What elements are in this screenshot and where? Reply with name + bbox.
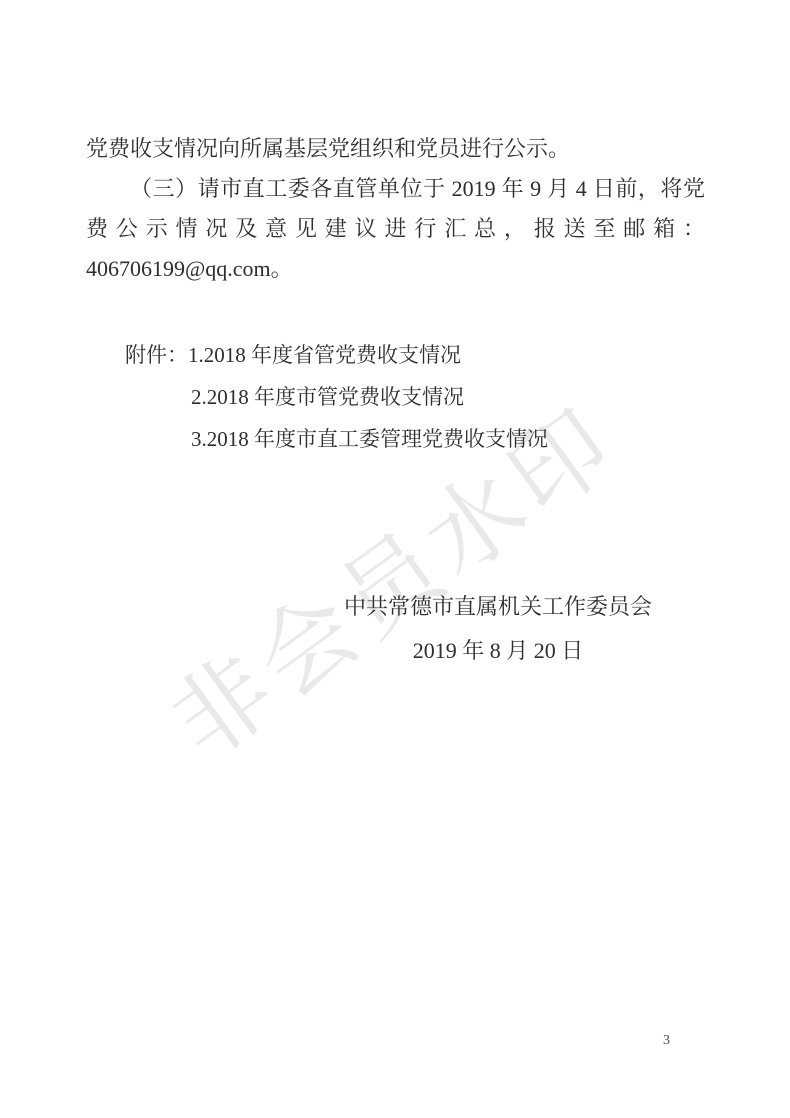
document-page: 非会员水印 党费收支情况向所属基层党组织和党员进行公示。 （三）请市直工委各直管… xyxy=(0,0,790,1118)
attachment-item-1: 1.2018 年度省管党费收支情况 xyxy=(188,343,461,367)
attachment-item-3: 3.2018 年度市直工委管理党费收支情况 xyxy=(191,418,548,460)
signature-date: 2019 年 8 月 20 日 xyxy=(298,629,698,673)
email-text: 406706199@qq.com。 xyxy=(86,249,705,289)
attachment-item-2: 2.2018 年度市管党费收支情况 xyxy=(191,376,548,418)
paragraph-closing-line: 党费收支情况向所属基层党组织和党员进行公示。 xyxy=(86,129,705,169)
signature-block: 中共常德市直属机关工作委员会 2019 年 8 月 20 日 xyxy=(298,585,698,673)
page-number: 3 xyxy=(663,1033,670,1049)
item3-line2: 费公示情况及意见建议进行汇总，报送至邮箱： xyxy=(86,209,705,249)
attachments-label: 附件： xyxy=(125,343,188,367)
attachment-row: 附件：1.2018 年度省管党费收支情况 xyxy=(125,334,548,376)
item3-line1: （三）请市直工委各直管单位于 2019 年 9 月 4 日前，将党 xyxy=(86,169,705,209)
signature-organization: 中共常德市直属机关工作委员会 xyxy=(298,585,698,629)
attachments-block: 附件：1.2018 年度省管党费收支情况 2.2018 年度市管党费收支情况 3… xyxy=(125,334,548,460)
document-body: 党费收支情况向所属基层党组织和党员进行公示。 （三）请市直工委各直管单位于 20… xyxy=(86,129,705,289)
